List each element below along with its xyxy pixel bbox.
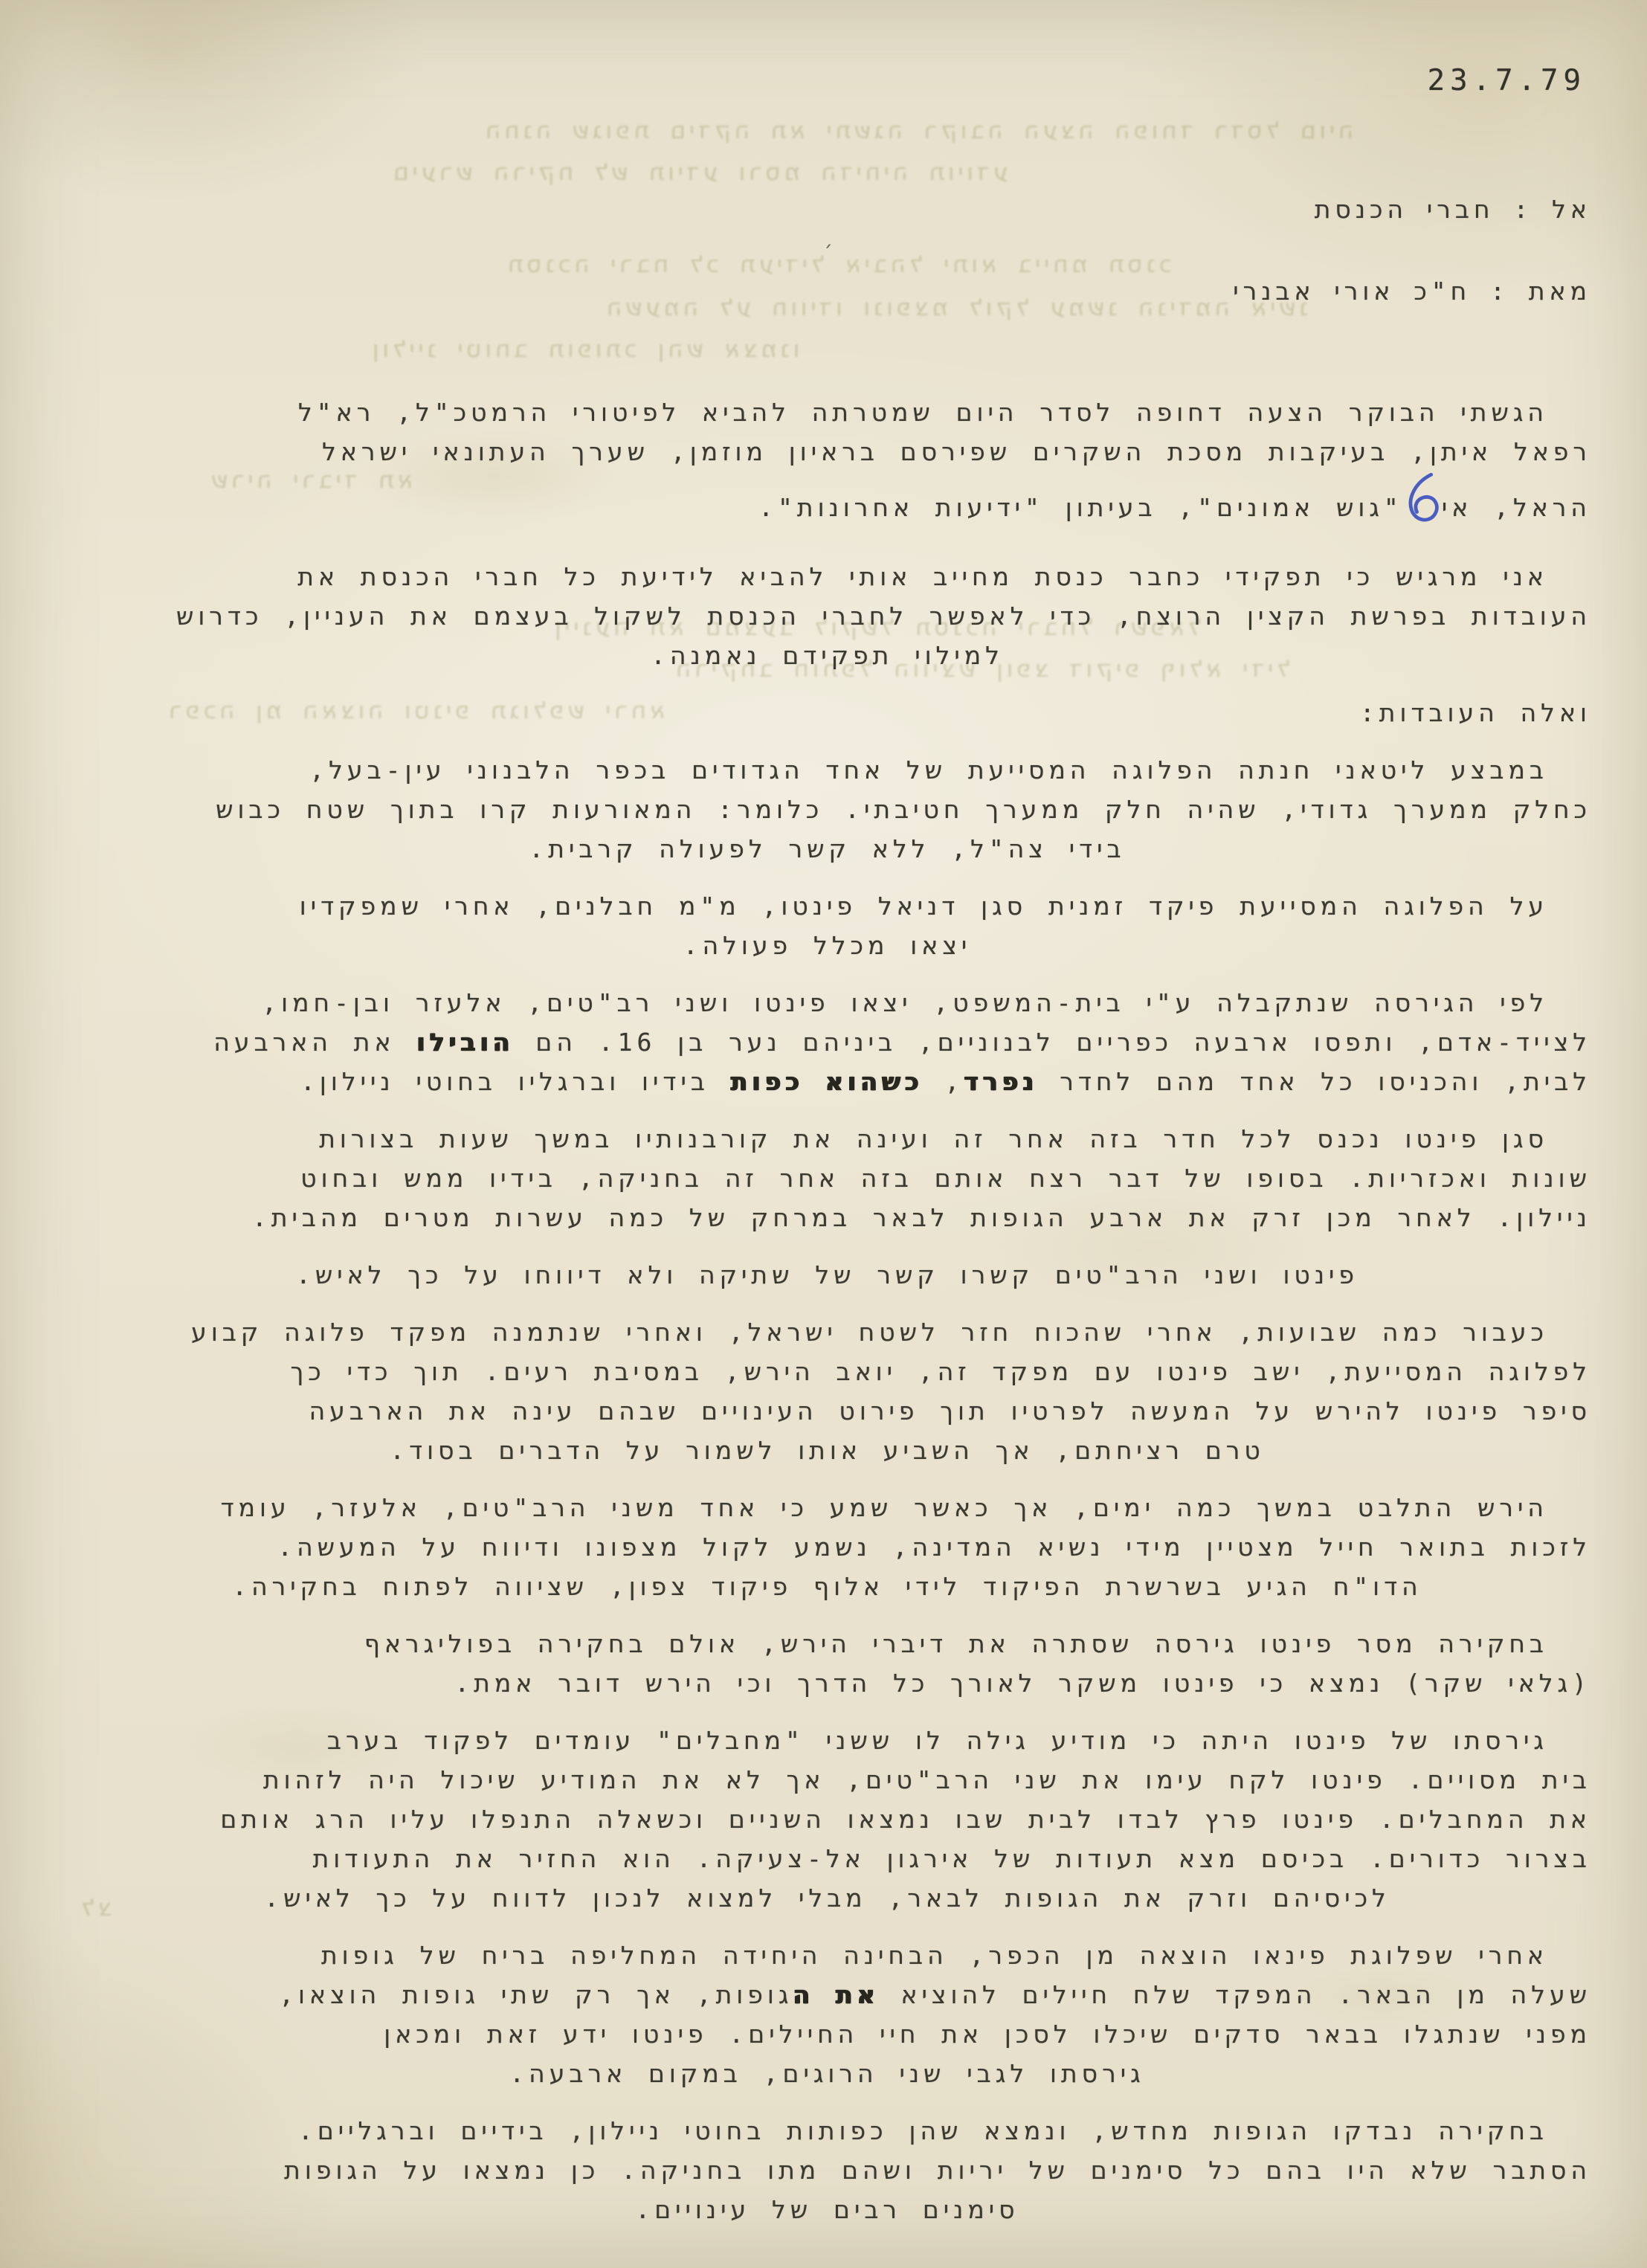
letter-line: סגן פינטו נכנס לכל חדר בזה אחר זה ועינה … bbox=[63, 1119, 1591, 1159]
letter-line: הסתבר שלא היו בהם כל סימנים של יריות ושה… bbox=[63, 2151, 1591, 2190]
paragraph-silence-pact: פינטו ושני הרב"טים קשרו קשר של שתיקה ולא… bbox=[63, 1255, 1591, 1295]
letter-line: בחקירה מסר פינטו גירסה שסתרה את דיברי הי… bbox=[63, 1624, 1591, 1663]
handwritten-shin-annotation bbox=[1399, 469, 1445, 541]
letter-line: הירש התלבט במשך כמה ימים, אך כאשר שמע כי… bbox=[63, 1488, 1591, 1527]
paragraph-litani: במבצע ליטאני חנתה הפלוגה המסייעת של אחד … bbox=[63, 750, 1591, 869]
letter-line: (גלאי שקר) נמצא כי פינטו משקר לאורך כל ה… bbox=[63, 1663, 1591, 1703]
letter-line: לזכות בתואר חייל מצטיין מידי נשיא המדינה… bbox=[63, 1527, 1591, 1567]
letter-line: לכיסיהם וזרק את הגופות לבאר, מבלי למצוא … bbox=[63, 1878, 1591, 1918]
letter-line: ואלה העובדות: bbox=[63, 693, 1591, 732]
overstruck-text: הובילו bbox=[416, 1028, 514, 1057]
letter-line: ניילון. לאחר מכן זרק את ארבע הגופות לבאר… bbox=[63, 1198, 1591, 1237]
sender-line: מאת : ח"כ אורי אבנרי bbox=[1233, 277, 1591, 306]
paragraph-proposal: הגשתי הבוקר הצעה דחופה לסדר היום שמטרתה … bbox=[63, 393, 1591, 539]
letter-line: שונות ואכזריות. בסופו של דבר רצח אותם בז… bbox=[63, 1159, 1591, 1198]
scanned-letter-page: החנה שגופת םידקה תא יתשגה רקובה העצה הפו… bbox=[0, 0, 1647, 2268]
letter-line: למילוי תפקידם נאמנה. bbox=[63, 636, 1591, 675]
overstruck-text: כשהוא כפות bbox=[731, 1067, 924, 1096]
letter-line: מפני שנתגלו בבאר סדקים שיכלו לסכן את חיי… bbox=[63, 2014, 1591, 2054]
paragraph-hirsch-told: כעבור כמה שבועות, אחרי שהכוח חזר לשטח יש… bbox=[63, 1312, 1591, 1470]
letter-line: פינטו ושני הרב"טים קשרו קשר של שתיקה ולא… bbox=[63, 1255, 1591, 1295]
letter-line: גירסתו של פינטו היתה כי מודיע גילה לו שש… bbox=[63, 1721, 1591, 1760]
letter-line: הדו"ח הגיע בשרשרת הפיקוד לידי אלוף פיקוד… bbox=[63, 1567, 1591, 1606]
letter-line: לפי הגירסה שנתקבלה ע"י בית-המשפט, יצאו פ… bbox=[63, 983, 1591, 1022]
bleedthrough-text: השעמה לע חווידו ונופצמ לוקל עמשנ הנידמה … bbox=[603, 294, 1309, 321]
letter-line: הראל, אי"גוש אמונים", בעיתון "ידיעות אחר… bbox=[63, 471, 1591, 539]
letter-line: סיפר פינטו להירש על המעשה לפרטיו תוך פיר… bbox=[63, 1391, 1591, 1431]
pen-tick-mark: ׳ bbox=[824, 236, 833, 261]
letter-line: כחלק ממערך גדודי, שהיה חלק ממערך חטיבתי.… bbox=[63, 790, 1591, 829]
letter-line: העובדות בפרשת הקצין הרוצח, כדי לאפשר לחב… bbox=[63, 596, 1591, 636]
letter-line: בצרור כדורים. בכיסם מצא תעודות של אירגון… bbox=[63, 1839, 1591, 1878]
letter-line: יצאו מכלל פעולה. bbox=[63, 926, 1591, 965]
bleedthrough-text: םיערש הריקח לש תוידע ורסמ הדיחיה תויודע bbox=[390, 159, 1008, 186]
letter-text: בידיו וברגליו בחוטי ניילון. bbox=[300, 1067, 731, 1096]
letter-date: 23.7.79 bbox=[1428, 64, 1586, 97]
letter-line: רפאל איתן, בעיקבות מסכת השקרים שפירסם בר… bbox=[63, 432, 1591, 471]
letter-line: שעלה מן הבאר. המפקד שלח חיילים להוציא את… bbox=[63, 1975, 1591, 2014]
letter-text: שעלה מן הבאר. המפקד שלח חיילים להוציא bbox=[880, 1980, 1591, 2009]
letter-line: לצייד-אדם, ותפסו ארבעה כפריים לבנוניים, … bbox=[63, 1022, 1591, 1062]
paragraph-polygraph: בחקירה מסר פינטו גירסה שסתרה את דיברי הי… bbox=[63, 1624, 1591, 1703]
facts-heading: ואלה העובדות: bbox=[63, 693, 1591, 732]
letter-line: כעבור כמה שבועות, אחרי שהכוח חזר לשטח יש… bbox=[63, 1312, 1591, 1352]
letter-line: במבצע ליטאני חנתה הפלוגה המסייעת של אחד … bbox=[63, 750, 1591, 790]
paragraph-torture: סגן פינטו נכנס לכל חדר בזה אחר זה ועינה … bbox=[63, 1119, 1591, 1237]
letter-line: בידי צה"ל, ללא קשר לפעולה קרבית. bbox=[63, 829, 1591, 869]
letter-line: על הפלוגה המסייעת פיקד זמנית סגן דניאל פ… bbox=[63, 886, 1591, 926]
letter-line: הגשתי הבוקר הצעה דחופה לסדר היום שמטרתה … bbox=[63, 393, 1591, 432]
paragraph-hirsch-report: הירש התלבט במשך כמה ימים, אך כאשר שמע כי… bbox=[63, 1488, 1591, 1606]
letter-text: לבית, והכניסו כל אחד מהם לחדר bbox=[1038, 1067, 1591, 1096]
letter-text: הראל, אי bbox=[1442, 493, 1591, 522]
bleedthrough-text: החנה שגופת םידקה תא יתשגה רקובה העצה הפו… bbox=[482, 117, 1353, 144]
letter-text: , bbox=[924, 1067, 964, 1096]
letter-text: לצייד-אדם, ותפסו ארבעה כפריים לבנוניים, … bbox=[515, 1028, 1591, 1057]
paragraph-reexamination: בחקירה נבדקו הגופות מחדש, ונמצא שהן כפות… bbox=[63, 2111, 1591, 2229]
letter-line: טרם רציחתם, אך השביע אותו לשמור על הדברי… bbox=[63, 1431, 1591, 1470]
letter-line: אני מרגיש כי תפקידי כחבר כנסת מחייב אותי… bbox=[63, 557, 1591, 596]
letter-line: סימנים רבים של עינויים. bbox=[63, 2190, 1591, 2229]
paragraph-court-version: לפי הגירסה שנתקבלה ע"י בית-המשפט, יצאו פ… bbox=[63, 983, 1591, 1101]
letter-line: לפלוגה המסייעת, ישב פינטו עם מפקד זה, יו… bbox=[63, 1352, 1591, 1391]
paragraph-duty: אני מרגיש כי תפקידי כחבר כנסת מחייב אותי… bbox=[63, 557, 1591, 675]
bleedthrough-text: תסנכה ירבח לכ תעידיל איבהל יתוא בייחמ תס… bbox=[504, 251, 1171, 278]
letter-body: הגשתי הבוקר הצעה דחופה לסדר היום שמטרתה … bbox=[63, 393, 1591, 2247]
paragraph-pinto-command: על הפלוגה המסייעת פיקד זמנית סגן דניאל פ… bbox=[63, 886, 1591, 965]
letter-text: גופות, אך רק שתי גופות הוצאו, bbox=[279, 1980, 793, 2009]
letter-line: את המחבלים. פינטו פרץ לבדו לבית שבו נמצא… bbox=[63, 1800, 1591, 1839]
paragraph-pinto-version: גירסתו של פינטו היתה כי מודיע גילה לו שש… bbox=[63, 1721, 1591, 1918]
addressee-line: אל : חברי הכנסת bbox=[1315, 195, 1591, 224]
overstruck-text: נפרד bbox=[964, 1067, 1038, 1096]
letter-text: את הארבעה bbox=[213, 1028, 416, 1057]
bleedthrough-text: ןוליינ יטוחב תופותכ ןהש אצמנו bbox=[369, 336, 799, 363]
letter-line: אחרי שפלוגת פינאו הוצאה מן הכפר, הבחינה … bbox=[63, 1936, 1591, 1975]
letter-line: לבית, והכניסו כל אחד מהם לחדר נפרד, כשהו… bbox=[63, 1062, 1591, 1101]
letter-line: בית מסויים. פינטו לקח עימו את שני הרב"טי… bbox=[63, 1760, 1591, 1800]
paragraph-bodies-found: אחרי שפלוגת פינאו הוצאה מן הכפר, הבחינה … bbox=[63, 1936, 1591, 2093]
overstruck-text: את ה bbox=[793, 1980, 879, 2009]
letter-line: גירסתו לגבי שני הרוגים, במקום ארבעה. bbox=[63, 2054, 1591, 2093]
blue-pen-loop-glyph bbox=[1399, 469, 1444, 530]
letter-line: בחקירה נבדקו הגופות מחדש, ונמצא שהן כפות… bbox=[63, 2111, 1591, 2151]
letter-text: "גוש אמונים", בעיתון "ידיעות אחרונות". bbox=[758, 493, 1403, 522]
